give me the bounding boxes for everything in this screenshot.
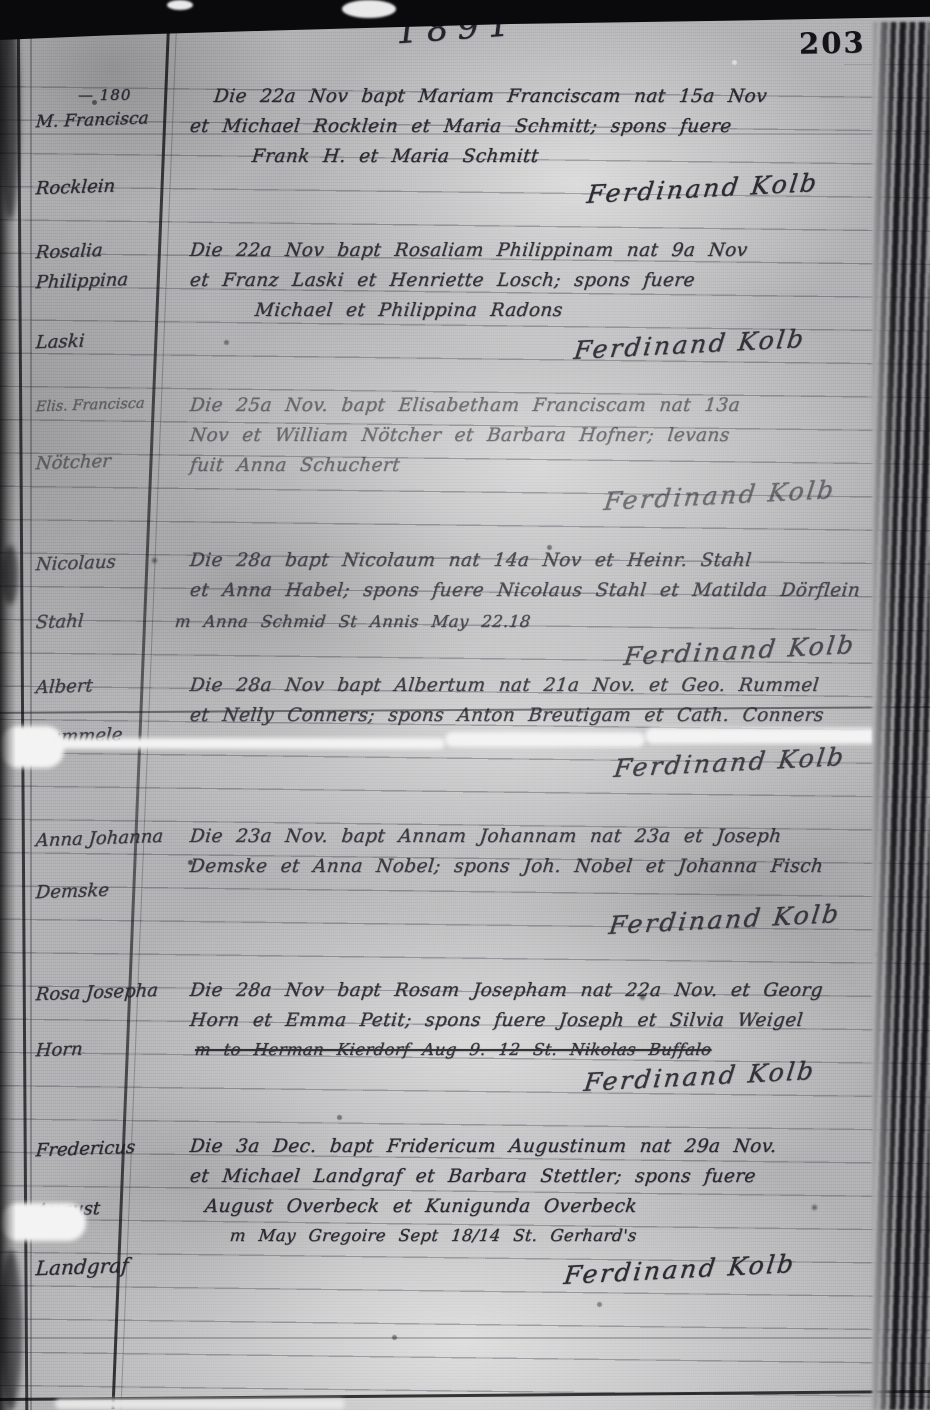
right-gutter-band (872, 22, 930, 1410)
priest-signature: Ferdinand Kolb (572, 324, 807, 365)
record-line: August Overbeck et Kunigunda Overbeck (204, 1196, 896, 1217)
record-line: et Nelly Conners; spons Anton Breutigam … (189, 705, 881, 726)
top-edge-speck (342, 0, 396, 18)
entry-margin-name: Nicolaus (35, 550, 169, 576)
entry-margin-name: M. Francisca (35, 108, 169, 133)
record-line: Die 22a Nov bapt Rosaliam Philippinam na… (189, 240, 881, 261)
record-line: Die 28a Nov bapt Albertum nat 21a Nov. e… (189, 675, 881, 696)
entry-margin-name: Philippina (35, 268, 169, 294)
baptismal-register-scan: 1891 203 — 180 M. Francisca Rocklein Die… (0, 0, 930, 1410)
entry-margin-name: Elis. Francisca (35, 395, 169, 416)
record-line: et Michael Rocklein et Maria Schmitt; sp… (189, 116, 881, 137)
record-line: Nov et William Nötcher et Barbara Hofner… (189, 425, 881, 446)
record-line: Michael et Philippina Radons (254, 300, 930, 321)
priest-signature: Ferdinand Kolb (562, 1249, 797, 1290)
entry-margin-surname: Stahl (35, 608, 169, 634)
priest-signature: Ferdinand Kolb (607, 899, 842, 940)
left-margin-line-faint (30, 0, 32, 1410)
entry-margin-name: Anna Johanna (35, 826, 169, 852)
record-line: Die 22a Nov bapt Mariam Franciscam nat 1… (213, 86, 905, 107)
ink-speck (92, 100, 97, 105)
record-line: Die 28a bapt Nicolaum nat 14a Nov et Hei… (189, 550, 881, 571)
record-line: et Franz Laski et Henriette Losch; spons… (189, 270, 881, 291)
bottom-edge-highlight (55, 1399, 345, 1409)
page-number: 203 (799, 25, 866, 60)
record-line: et Michael Landgraf et Barbara Stettler;… (189, 1166, 881, 1187)
record-line: Die 3a Dec. bapt Fridericum Augustinum n… (189, 1136, 881, 1157)
entry-margin-name: Fredericus (35, 1136, 169, 1162)
entry-margin-name: Rosa Josepha (35, 980, 169, 1006)
record-line: fuit Anna Schuchert (189, 455, 881, 476)
record-line: Die 25a Nov. bapt Elisabetham Franciscam… (189, 395, 881, 416)
entry-margin-name: Rosalia (35, 238, 169, 264)
paper-tear (55, 738, 445, 749)
record-line: Demske et Anna Nobel; spons Joh. Nobel e… (189, 856, 881, 877)
marriage-annotation-struck: m to Herman Kierdorf Aug 9. 12 St. Nikol… (194, 1040, 886, 1059)
entry-margin-surname: Rocklein (35, 174, 169, 200)
entry-margin-surname: Laski (35, 328, 169, 354)
top-edge-speck (167, 0, 193, 10)
priest-signature: Ferdinand Kolb (582, 1056, 817, 1097)
entry-margin-surname: Demske (35, 878, 169, 904)
record-line: Die 28a Nov bapt Rosam Josepham nat 22a … (189, 980, 881, 1001)
priest-signature: Ferdinand Kolb (622, 630, 857, 671)
binding-smudge (2, 545, 18, 605)
paper-tear (445, 732, 645, 747)
record-line: Frank H. et Maria Schmitt (251, 146, 930, 167)
record-line: Horn et Emma Petit; spons fuere Joseph e… (189, 1010, 881, 1031)
record-line: et Anna Habel; spons fuere Nicolaus Stah… (189, 580, 881, 601)
marriage-annotation: m Anna Schmid St Annis May 22.18 (174, 612, 866, 631)
priest-signature: Ferdinand Kolb (602, 475, 837, 516)
marriage-annotation: m May Gregoire Sept 18/14 St. Gerhard's (229, 1226, 921, 1245)
priest-signature: Ferdinand Kolb (585, 168, 820, 209)
ruled-line-dark (0, 1337, 930, 1339)
binding-smudge (0, 1250, 22, 1410)
paper-tear (645, 728, 880, 744)
record-line: Die 23a Nov. bapt Annam Johannam nat 23a… (189, 826, 881, 847)
left-margin-line (17, 0, 29, 1410)
priest-signature: Ferdinand Kolb (612, 742, 847, 783)
entry-margin-surname: Landgraf (35, 1252, 169, 1281)
entry-margin-surname: Horn (35, 1036, 169, 1062)
